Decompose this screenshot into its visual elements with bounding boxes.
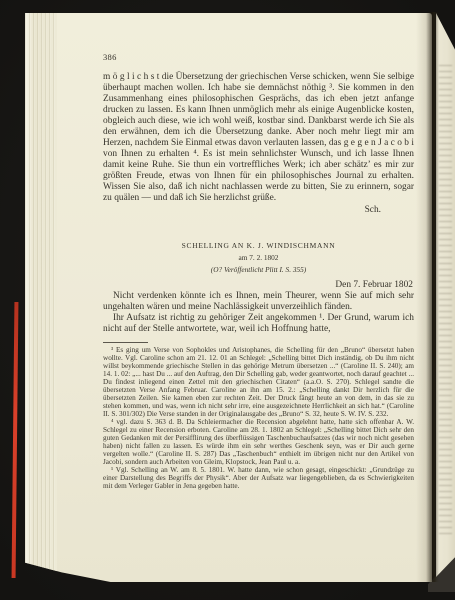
page-content: 386 m ö g l i c h s t die Übersetzung de…	[25, 13, 432, 490]
letter2-dateline: Den 7. Februar 1802	[103, 280, 413, 290]
book-page: 386 m ö g l i c h s t die Übersetzung de…	[25, 13, 432, 582]
letter2-paragraph-1: Nicht verdenken könnte ich es Ihnen, mei…	[103, 291, 414, 313]
page-number: 386	[103, 52, 414, 62]
footnote-1: ¹ Vgl. Schelling an W. am 8. 5. 1801. W.…	[103, 466, 414, 490]
photo-background: 386 m ö g l i c h s t die Übersetzung de…	[0, 0, 455, 600]
letter1-signature: Sch.	[103, 205, 381, 215]
footnote-4: ⁴ vgl. dazu S. 363 d. B. Da Schleiermach…	[103, 418, 414, 466]
letter2-heading-date: am 7. 2. 1802	[103, 253, 414, 262]
page-gutter-shadow	[426, 12, 439, 582]
letter1-body: m ö g l i c h s t die Übersetzung der gr…	[103, 72, 414, 204]
footnote-3: ³ Es ging um Verse von Sophokles und Ari…	[103, 346, 414, 418]
letter2-heading: SCHELLING AN K. J. WINDISCHMANN	[103, 241, 414, 250]
footnote-separator	[103, 342, 148, 343]
book-cover-edge	[12, 302, 19, 578]
letter2-heading-source: (O? Veröffentlicht Plitt I. S. 355)	[103, 265, 414, 274]
letter2-paragraph-2: Ihr Aufsatz ist richtig zu gehöriger Zei…	[103, 313, 414, 335]
facing-page-blurred-text	[439, 65, 452, 535]
